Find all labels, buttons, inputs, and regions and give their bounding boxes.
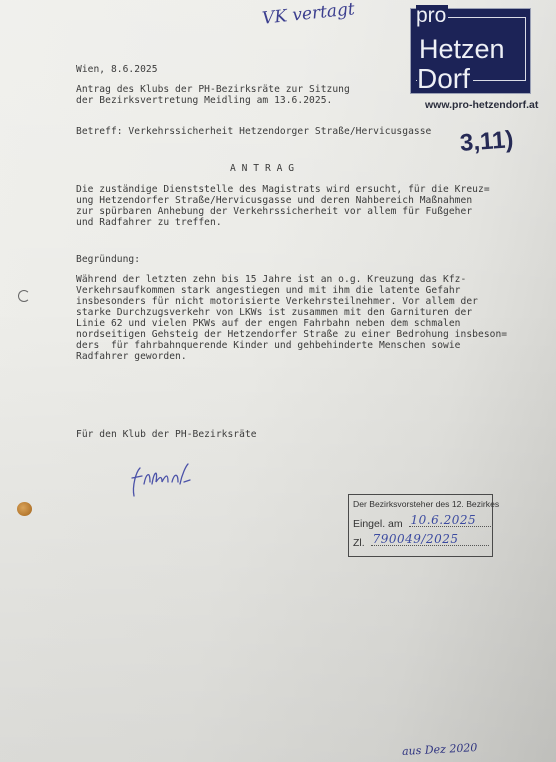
- intro-line-2: der Bezirksvertretung Meidling am 13.6.2…: [76, 95, 332, 106]
- logo-line-3: Dorf: [417, 65, 473, 93]
- signature: [128, 462, 200, 498]
- motion-line-2: ung Hetzendorfer Straße/Hervicusgasse un…: [76, 195, 472, 206]
- stamp-ref-value: 790049/2025: [373, 532, 459, 546]
- handwritten-note-bottom: aus Dez 2020: [402, 741, 478, 758]
- handwritten-note-top: VK vertagt: [261, 0, 355, 29]
- stamp-ref-row: Zl. 790049/2025: [353, 537, 489, 549]
- motion-line-1: Die zuständige Dienststelle des Magistra…: [76, 184, 490, 195]
- reason-line-3: insbesonders für nicht motorisierte Verk…: [76, 296, 478, 307]
- logo-line-2: Hetzen: [419, 36, 505, 63]
- motion-line-3: zur spürbaren Anhebung der Verkehrssiche…: [76, 206, 472, 217]
- closing-line: Für den Klub der PH-Bezirksräte: [76, 429, 257, 440]
- stamp-ref-label: Zl.: [353, 537, 365, 549]
- reason-line-8: Radfahrer geworden.: [76, 351, 187, 362]
- reason-label: Begründung:: [76, 254, 140, 265]
- stamp-received-value: 10.6.2025: [411, 513, 477, 527]
- reason-line-4: starke Durchzugsverkehr von LKWs ist zus…: [76, 307, 472, 318]
- stamp-received-label: Eingel. am: [353, 518, 403, 530]
- received-stamp: Der Bezirksvorsteher des 12. Bezirkes Ei…: [348, 494, 493, 557]
- intro-line-1: Antrag des Klubs der PH-Bezirksräte zur …: [76, 84, 350, 95]
- punch-hole: [17, 502, 32, 516]
- reason-line-5: Linie 62 und vielen PKWs auf der engen F…: [76, 318, 461, 329]
- pro-hetzendorf-logo: pro Hetzen Dorf: [410, 8, 531, 94]
- handwritten-agenda-number: 3,11): [459, 126, 514, 158]
- logo-url: www.pro-hetzendorf.at: [425, 99, 538, 111]
- reason-line-2: Verkehrsaufkommen stark angestiegen und …: [76, 285, 461, 296]
- stamp-received-row: Eingel. am 10.6.2025: [353, 518, 493, 530]
- stamp-ref-field: 790049/2025: [371, 545, 489, 546]
- date-line: Wien, 8.6.2025: [76, 64, 158, 75]
- reason-line-6: nordseitigen Gehsteig der Hetzendorfer S…: [76, 329, 507, 340]
- reason-line-1: Während der letzten zehn bis 15 Jahre is…: [76, 274, 466, 285]
- reason-line-7: ders für fahrbahnquerende Kinder und geh…: [76, 340, 461, 351]
- stamp-header: Der Bezirksvorsteher des 12. Bezirkes: [353, 499, 499, 509]
- subject-line: Betreff: Verkehrssicherheit Hetzendorger…: [76, 126, 431, 137]
- logo-line-1: pro: [416, 5, 448, 26]
- paper-shading: [0, 0, 556, 762]
- heading-antrag: A N T R A G: [230, 163, 294, 174]
- motion-line-4: und Radfahrer zu treffen.: [76, 217, 222, 228]
- stamp-received-field: 10.6.2025: [409, 526, 493, 527]
- punch-hole-mark: [18, 290, 30, 302]
